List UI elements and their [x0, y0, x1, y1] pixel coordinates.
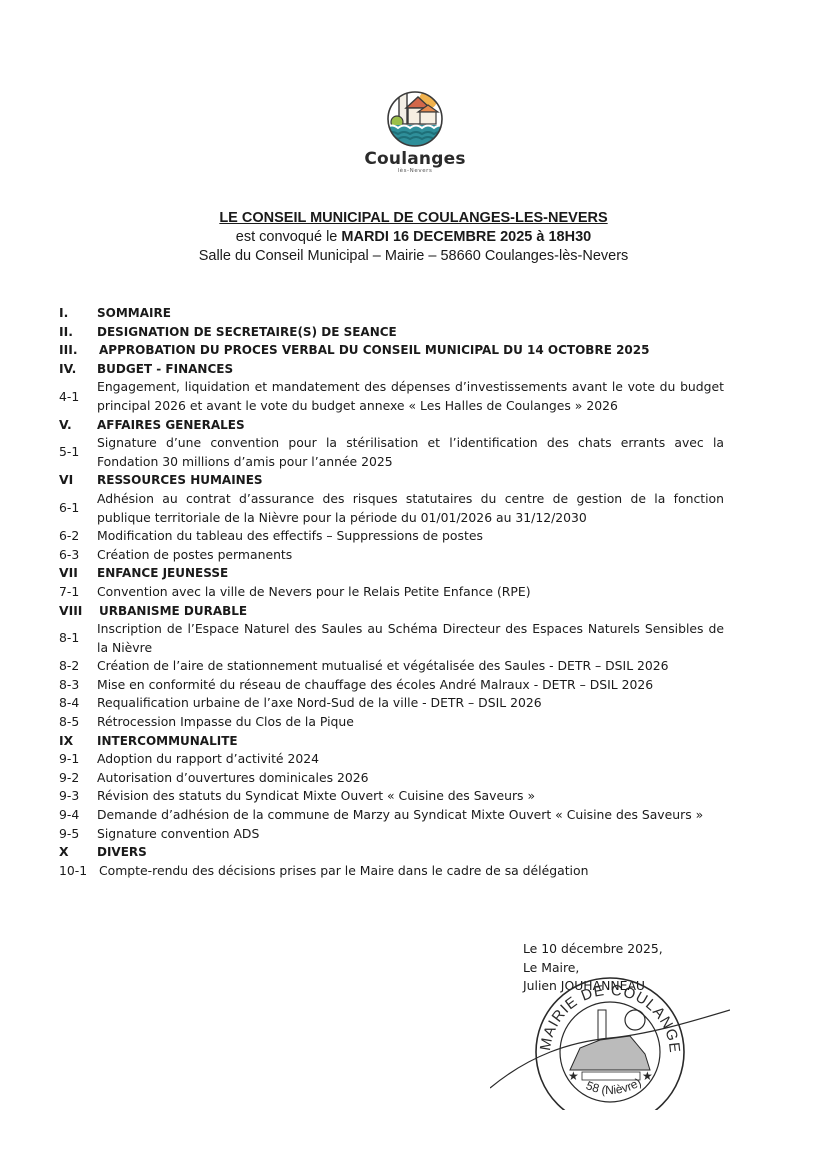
agenda-text: Adhésion au contrat d’assurance des risq…	[97, 490, 724, 527]
meeting-date: MARDI 16 DECEMBRE 2025 à 18H30	[341, 229, 591, 245]
agenda-item: 10-1 Compte-rendu des décisions prises p…	[59, 862, 724, 881]
meeting-location: Salle du Conseil Municipal – Mairie – 58…	[0, 247, 827, 266]
agenda-number: II.	[59, 323, 97, 342]
svg-text:★: ★	[642, 1069, 653, 1083]
agenda-item: 8-4Requalification urbaine de l’axe Nord…	[59, 694, 724, 713]
agenda-number: 10-1	[59, 862, 99, 881]
agenda-number: 8-4	[59, 694, 97, 713]
agenda-list: I.SOMMAIREII.DESIGNATION DE SECRETAIRE(S…	[59, 304, 724, 880]
svg-text:MAIRIE DE COULANGES-lès-NEVERS: MAIRIE DE COULANGES-lès-NEVERS	[490, 960, 683, 1054]
agenda-number: IV.	[59, 360, 97, 379]
agenda-text: DESIGNATION DE SECRETAIRE(S) DE SEANCE	[97, 323, 724, 342]
agenda-number: 5-1	[59, 443, 97, 462]
municipal-logo: Coulanges lès-Nevers	[360, 82, 470, 174]
agenda-item: 9-2Autorisation d’ouvertures dominicales…	[59, 769, 724, 788]
agenda-item: 8-5Rétrocession Impasse du Clos de la Pi…	[59, 713, 724, 732]
logo-name: Coulanges	[360, 150, 470, 168]
agenda-item: 8-2Création de l’aire de stationnement m…	[59, 657, 724, 676]
agenda-number: 9-4	[59, 806, 97, 825]
stamp-ring-text: MAIRIE DE COULANGES-lès-NEVERS	[490, 960, 683, 1054]
agenda-section: VIIENFANCE JEUNESSE	[59, 564, 724, 583]
agenda-number: 9-3	[59, 787, 97, 806]
agenda-number: 8-1	[59, 629, 97, 648]
convocation-prefix: est convoqué le	[236, 229, 342, 245]
village-emblem-icon	[384, 82, 446, 148]
agenda-item: 7-1Convention avec la ville de Nevers po…	[59, 583, 724, 602]
agenda-text: SOMMAIRE	[97, 304, 724, 323]
agenda-section: VIRESSOURCES HUMAINES	[59, 471, 724, 490]
agenda-text: BUDGET - FINANCES	[97, 360, 724, 379]
agenda-number: 9-2	[59, 769, 97, 788]
agenda-text: Inscription de l’Espace Naturel des Saul…	[97, 620, 724, 657]
agenda-text: Création de postes permanents	[97, 546, 724, 565]
agenda-section: V.AFFAIRES GENERALES	[59, 416, 724, 435]
agenda-item: 9-4Demande d’adhésion de la commune de M…	[59, 806, 724, 825]
agenda-item: 9-1Adoption du rapport d’activité 2024	[59, 750, 724, 769]
agenda-text: Convention avec la ville de Nevers pour …	[97, 583, 724, 602]
agenda-text: APPROBATION DU PROCES VERBAL DU CONSEIL …	[99, 341, 724, 360]
agenda-text: URBANISME DURABLE	[99, 602, 724, 621]
agenda-text: Révision des statuts du Syndicat Mixte O…	[97, 787, 724, 806]
agenda-section: I.SOMMAIRE	[59, 304, 724, 323]
agenda-item: 6-1Adhésion au contrat d’assurance des r…	[59, 490, 724, 527]
agenda-section: XDIVERS	[59, 843, 724, 862]
agenda-text: INTERCOMMUNALITE	[97, 732, 724, 751]
agenda-text: Signature convention ADS	[97, 825, 724, 844]
agenda-number: VI	[59, 471, 97, 490]
mairie-stamp-icon: MAIRIE DE COULANGES-lès-NEVERS 58 (Nièvr…	[490, 960, 730, 1110]
agenda-number: IX	[59, 732, 97, 751]
agenda-text: Compte-rendu des décisions prises par le…	[99, 862, 724, 881]
agenda-number: 7-1	[59, 583, 97, 602]
agenda-number: I.	[59, 304, 97, 323]
agenda-number: X	[59, 843, 97, 862]
agenda-text: Création de l’aire de stationnement mutu…	[97, 657, 724, 676]
agenda-item: 6-2Modification du tableau des effectifs…	[59, 527, 724, 546]
agenda-number: 9-1	[59, 750, 97, 769]
svg-text:58 (Nièvre): 58 (Nièvre)	[584, 1075, 643, 1097]
agenda-text: Requalification urbaine de l’axe Nord-Su…	[97, 694, 724, 713]
agenda-section: II.DESIGNATION DE SECRETAIRE(S) DE SEANC…	[59, 323, 724, 342]
agenda-text: Rétrocession Impasse du Clos de la Pique	[97, 713, 724, 732]
convocation-header: LE CONSEIL MUNICIPAL DE COULANGES-LES-NE…	[0, 209, 827, 266]
agenda-item: 6-3Création de postes permanents	[59, 546, 724, 565]
stamp-bottom-text: 58 (Nièvre)	[584, 1075, 643, 1097]
agenda-number: 8-2	[59, 657, 97, 676]
agenda-number: VII	[59, 564, 97, 583]
signature-date: Le 10 décembre 2025,	[523, 940, 663, 959]
agenda-number: 6-3	[59, 546, 97, 565]
agenda-text: Modification du tableau des effectifs – …	[97, 527, 724, 546]
agenda-number: VIII	[59, 602, 99, 621]
svg-text:★: ★	[568, 1069, 579, 1083]
agenda-number: III.	[59, 341, 99, 360]
agenda-section: III.APPROBATION DU PROCES VERBAL DU CONS…	[59, 341, 724, 360]
agenda-item: 4-1Engagement, liquidation et mandatemen…	[59, 378, 724, 415]
agenda-item: 8-1Inscription de l’Espace Naturel des S…	[59, 620, 724, 657]
agenda-text: ENFANCE JEUNESSE	[97, 564, 724, 583]
agenda-number: V.	[59, 416, 97, 435]
document-title: LE CONSEIL MUNICIPAL DE COULANGES-LES-NE…	[0, 209, 827, 228]
agenda-section: IV.BUDGET - FINANCES	[59, 360, 724, 379]
agenda-item: 9-5Signature convention ADS	[59, 825, 724, 844]
agenda-text: Adoption du rapport d’activité 2024	[97, 750, 724, 769]
agenda-text: DIVERS	[97, 843, 724, 862]
agenda-number: 6-1	[59, 499, 97, 518]
agenda-number: 4-1	[59, 388, 97, 407]
agenda-section: IXINTERCOMMUNALITE	[59, 732, 724, 751]
agenda-number: 6-2	[59, 527, 97, 546]
agenda-number: 8-5	[59, 713, 97, 732]
agenda-section: VIIIURBANISME DURABLE	[59, 602, 724, 621]
agenda-text: AFFAIRES GENERALES	[97, 416, 724, 435]
agenda-number: 9-5	[59, 825, 97, 844]
agenda-item: 8-3Mise en conformité du réseau de chauf…	[59, 676, 724, 695]
agenda-text: Demande d’adhésion de la commune de Marz…	[97, 806, 724, 825]
agenda-text: Signature d’une convention pour la stéri…	[97, 434, 724, 471]
convocation-line: est convoqué le MARDI 16 DECEMBRE 2025 à…	[0, 228, 827, 247]
agenda-number: 8-3	[59, 676, 97, 695]
agenda-text: Mise en conformité du réseau de chauffag…	[97, 676, 724, 695]
agenda-text: RESSOURCES HUMAINES	[97, 471, 724, 490]
agenda-item: 5-1Signature d’une convention pour la st…	[59, 434, 724, 471]
agenda-text: Engagement, liquidation et mandatement d…	[97, 378, 724, 415]
agenda-text: Autorisation d’ouvertures dominicales 20…	[97, 769, 724, 788]
agenda-item: 9-3Révision des statuts du Syndicat Mixt…	[59, 787, 724, 806]
